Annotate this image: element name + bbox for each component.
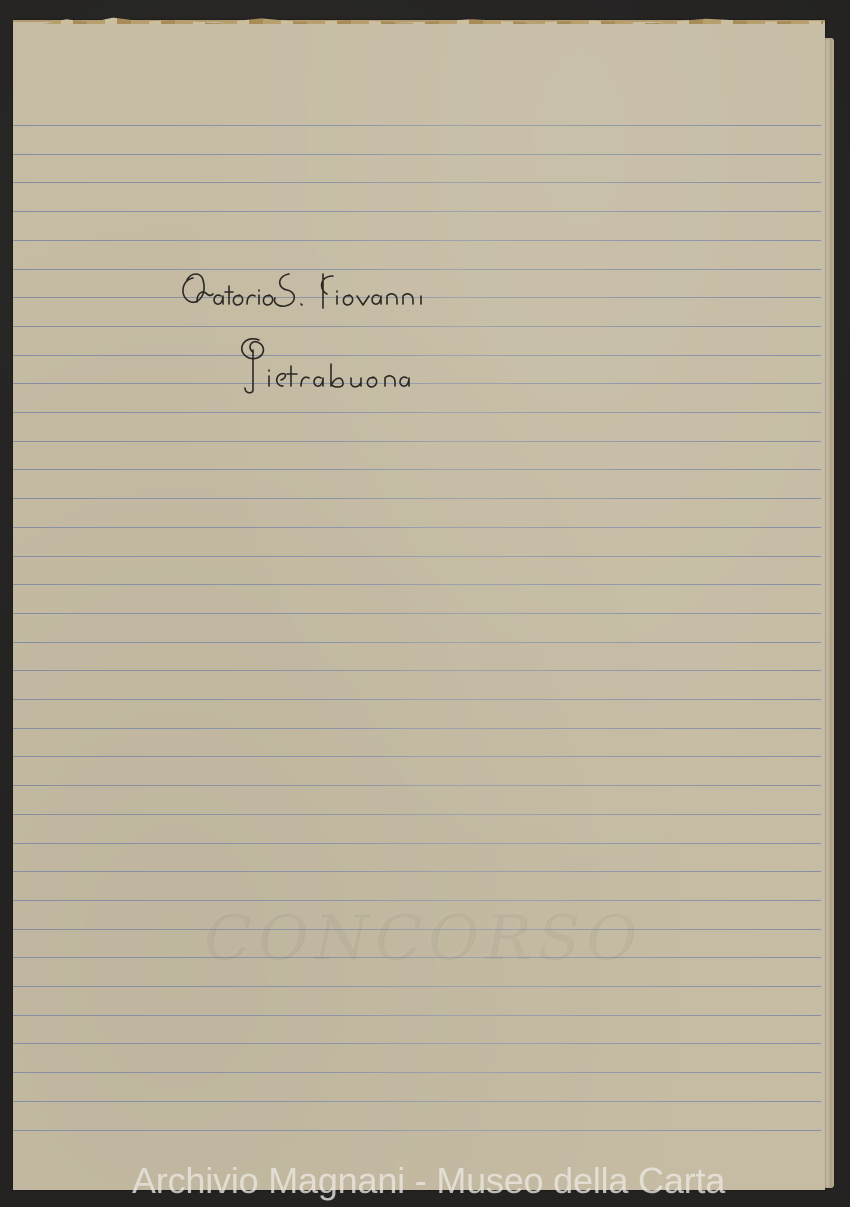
ruled-line bbox=[13, 556, 821, 557]
ruled-line bbox=[13, 1101, 821, 1102]
ruled-line bbox=[13, 642, 821, 643]
ruled-line bbox=[13, 584, 821, 585]
ruled-line bbox=[13, 613, 821, 614]
ruled-line bbox=[13, 1130, 821, 1131]
handwritten-line-2: Pietrabuona bbox=[173, 250, 174, 251]
ruled-line bbox=[13, 1015, 821, 1016]
ruled-line bbox=[13, 843, 821, 844]
notebook-page: Oratorio S. Giovanni Pietrabuona bbox=[13, 20, 825, 1190]
ruled-line bbox=[13, 986, 821, 987]
handwriting-strokes bbox=[173, 250, 573, 420]
ruled-line bbox=[13, 154, 821, 155]
ruled-line bbox=[13, 469, 821, 470]
handwritten-title: Oratorio S. Giovanni Pietrabuona bbox=[173, 250, 573, 420]
ruled-line bbox=[13, 785, 821, 786]
ruled-line bbox=[13, 756, 821, 757]
archive-watermark: Archivio Magnani - Museo della Carta bbox=[132, 1159, 725, 1203]
ruled-line bbox=[13, 670, 821, 671]
ruled-line bbox=[13, 814, 821, 815]
ruled-line bbox=[13, 1043, 821, 1044]
ruled-line bbox=[13, 699, 821, 700]
ruled-line bbox=[13, 211, 821, 212]
ruled-line bbox=[13, 728, 821, 729]
ruled-line bbox=[13, 871, 821, 872]
ruled-line bbox=[13, 527, 821, 528]
ruled-line bbox=[13, 1072, 821, 1073]
ruled-line bbox=[13, 498, 821, 499]
embossed-watermark: CONCORSO bbox=[203, 902, 633, 972]
ruled-line bbox=[13, 125, 821, 126]
ruled-line bbox=[13, 441, 821, 442]
ruled-line bbox=[13, 182, 821, 183]
ruled-line bbox=[13, 240, 821, 241]
